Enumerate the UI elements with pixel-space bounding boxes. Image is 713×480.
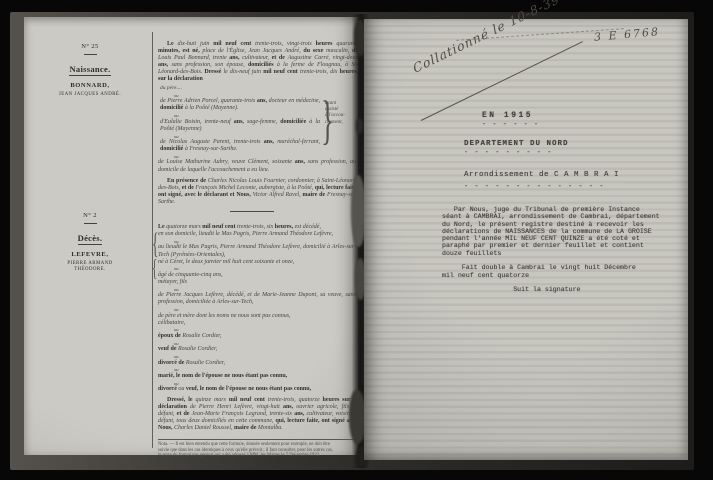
heading-underline: - - - - - - - - - bbox=[464, 149, 569, 157]
entry-surname: BONNARD, bbox=[40, 82, 140, 89]
binding-blob bbox=[356, 118, 363, 134]
heading-department: DEPARTEMENT DU NORD - - - - - - - - - bbox=[464, 140, 569, 157]
margin-rule bbox=[84, 223, 97, 224]
death-entry-body: Le quatorze mars mil neuf cent trente-tr… bbox=[158, 224, 358, 432]
right-page: 3 E 6768 Collationné le 10-8-39 EN 1915 … bbox=[364, 19, 688, 460]
typed-body: Par Nous, juge du Tribunal de première I… bbox=[442, 206, 660, 294]
left-page: N° 25 Naissance. BONNARD, JEAN JACQUES A… bbox=[24, 17, 358, 455]
heading-department-text: DEPARTEMENT DU NORD bbox=[464, 140, 569, 148]
entry-forenames: JEAN JACQUES ANDRÉ. bbox=[40, 92, 140, 97]
entry-surname: LEFEVRE, bbox=[40, 251, 140, 258]
footnote: Nota. — Il est bien entendu que cette fo… bbox=[158, 442, 358, 459]
entries-text-column: Le dix-huit juin mil neuf cent trente-tr… bbox=[158, 41, 358, 459]
entry-number: N° 2 bbox=[40, 212, 140, 219]
death-entry-margin: N° 2 Décès. LEFEVRE, PIERRE ARMAND THÉOD… bbox=[40, 212, 140, 272]
handwritten-archive-cote: 3 E 6768 bbox=[594, 25, 661, 44]
entry-type-label: Naissance. bbox=[69, 64, 110, 76]
birth-entry-margin: N° 25 Naissance. BONNARD, JEAN JACQUES A… bbox=[40, 43, 140, 97]
birth-entry-body: Le dix-huit juin mil neuf cent trente-tr… bbox=[158, 41, 358, 206]
entry-forenames: THÉODORE. bbox=[40, 267, 140, 272]
heading-year: EN 1915 - - - - - - bbox=[482, 111, 539, 129]
entry-type-label: Décès. bbox=[78, 233, 103, 245]
entry-number: N° 25 bbox=[40, 43, 140, 50]
heading-year-text: EN 1915 bbox=[482, 111, 539, 120]
entry-separator bbox=[230, 211, 274, 212]
footnote-rule bbox=[158, 439, 355, 440]
heading-underline: - - - - - - bbox=[482, 121, 539, 129]
heading-arrondissement-text: Arrondissement de C A M B R A I bbox=[464, 171, 619, 179]
margin-rule bbox=[84, 54, 97, 55]
death-entry-text: Le quatorze mars mil neuf cent trente-tr… bbox=[158, 224, 358, 432]
brace-left-icon: { bbox=[152, 229, 158, 259]
entry-forenames: PIERRE ARMAND bbox=[40, 261, 140, 266]
heading-arrondissement: Arrondissement de C A M B R A I - - - - … bbox=[464, 171, 619, 191]
heading-underline: - - - - - - - - - - - - - - bbox=[464, 183, 619, 191]
scanned-register-photo: N° 25 Naissance. BONNARD, JEAN JACQUES A… bbox=[0, 0, 713, 480]
brace-left-icon: { bbox=[152, 257, 157, 281]
